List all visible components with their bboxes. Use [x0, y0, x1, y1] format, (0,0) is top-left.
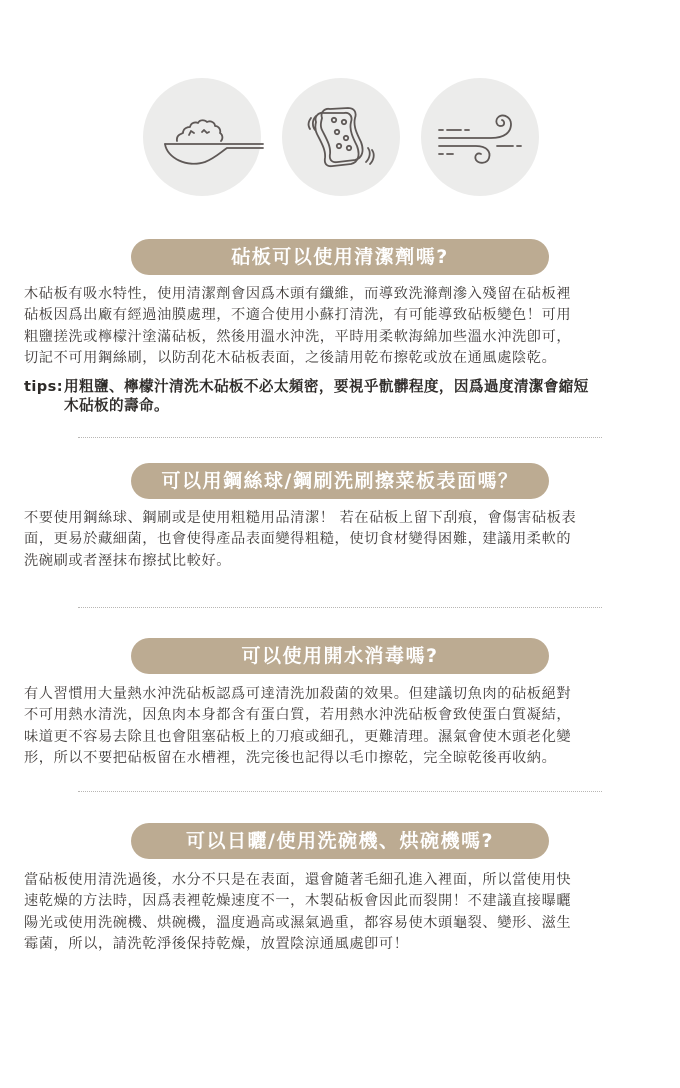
- body-line: 粗鹽搓洗或檸檬汁塗滿砧板，然後用溫水沖洗，平時用柔軟海綿加些溫水沖洗卽可，: [24, 327, 664, 348]
- wind-icon: [421, 78, 539, 196]
- dotted-divider: [78, 437, 602, 438]
- tips-label: tips:: [24, 377, 64, 396]
- body-line: 陽光或使用洗碗機、烘碗機，溫度過高或濕氣過重，都容易使木頭龜裂、變形、滋生: [24, 913, 664, 934]
- section-body-detergent: 木砧板有吸水特性，使用清潔劑會因爲木頭有纖維，而導致洗滌劑滲入殘留在砧板裡 砧板…: [24, 284, 664, 369]
- section-title-boiling-water: 可以使用開水消毒嗎?: [131, 638, 549, 674]
- section-body-boiling-water: 有人習慣用大量熱水沖洗砧板認爲可達清洗加殺菌的效果。但建議切魚肉的砧板絕對 不可…: [24, 684, 664, 769]
- body-line: 切記不可用鋼絲刷，以防刮花木砧板表面，之後請用乾布擦乾或放在通風處陰乾。: [24, 348, 664, 369]
- body-line: 不可用熱水清洗，因魚肉本身都含有蛋白質，若用熱水沖洗砧板會致使蛋白質凝結，: [24, 705, 664, 726]
- body-line: 霉菌，所以，請洗乾淨後保持乾燥，放置陰涼通風處卽可！: [24, 934, 664, 955]
- section-title-sun-dishwasher: 可以日曬/使用洗碗機、烘碗機嗎?: [131, 823, 549, 859]
- dotted-divider: [78, 791, 602, 792]
- body-line: 砧板因爲出廠有經過油膜處理，不適合使用小蘇打清洗，有可能導致砧板變色！可用: [24, 305, 664, 326]
- icon-row: [0, 78, 680, 198]
- sponge-icon: [282, 78, 400, 196]
- body-line: 味道更不容易去除且也會阻塞砧板上的刀痕或細孔，更難清理。濕氣會使木頭老化變: [24, 727, 664, 748]
- body-line: 速乾燥的方法時，因爲表裡乾燥速度不一，木製砧板會因此而裂開！不建議直接曝曬: [24, 891, 664, 912]
- section-body-steel-wool: 不要使用鋼絲球、鋼刷或是使用粗糙用品清潔！ 若在砧板上留下刮痕，會傷害砧板表 面…: [24, 508, 664, 572]
- body-line: 木砧板有吸水特性，使用清潔劑會因爲木頭有纖維，而導致洗滌劑滲入殘留在砧板裡: [24, 284, 664, 305]
- body-line: 不要使用鋼絲球、鋼刷或是使用粗糙用品清潔！ 若在砧板上留下刮痕，會傷害砧板表: [24, 508, 664, 529]
- body-line: 有人習慣用大量熱水沖洗砧板認爲可達清洗加殺菌的效果。但建議切魚肉的砧板絕對: [24, 684, 664, 705]
- tips-note: tips:用粗鹽、檸檬汁清洗木砧板不必太頻密，要視乎骯髒程度，因爲過度清潔會縮短…: [24, 377, 674, 415]
- section-title-detergent: 砧板可以使用清潔劑嗎?: [131, 239, 549, 275]
- body-line: 面，更易於藏細菌，也會使得產品表面變得粗糙，使切食材變得困難，建議用柔軟的: [24, 529, 664, 550]
- salt-spoon-icon: [143, 78, 261, 196]
- body-line: 當砧板使用清洗過後，水分不只是在表面，還會隨著毛細孔進入裡面，所以當使用快: [24, 870, 664, 891]
- tips-line: 木砧板的壽命。: [24, 396, 674, 415]
- section-title-steel-wool: 可以用鋼絲球/鋼刷洗刷擦菜板表面嗎？: [131, 463, 549, 499]
- tips-line: 用粗鹽、檸檬汁清洗木砧板不必太頻密，要視乎骯髒程度，因爲過度清潔會縮短: [64, 378, 589, 395]
- body-line: 形，所以不要把砧板留在水槽裡，洗完後也記得以毛巾擦乾，完全晾乾後再收納。: [24, 748, 664, 769]
- section-body-sun-dishwasher: 當砧板使用清洗過後，水分不只是在表面，還會隨著毛細孔進入裡面，所以當使用快 速乾…: [24, 870, 664, 955]
- body-line: 洗碗刷或者溼抹布擦拭比較好。: [24, 551, 664, 572]
- dotted-divider: [78, 607, 602, 608]
